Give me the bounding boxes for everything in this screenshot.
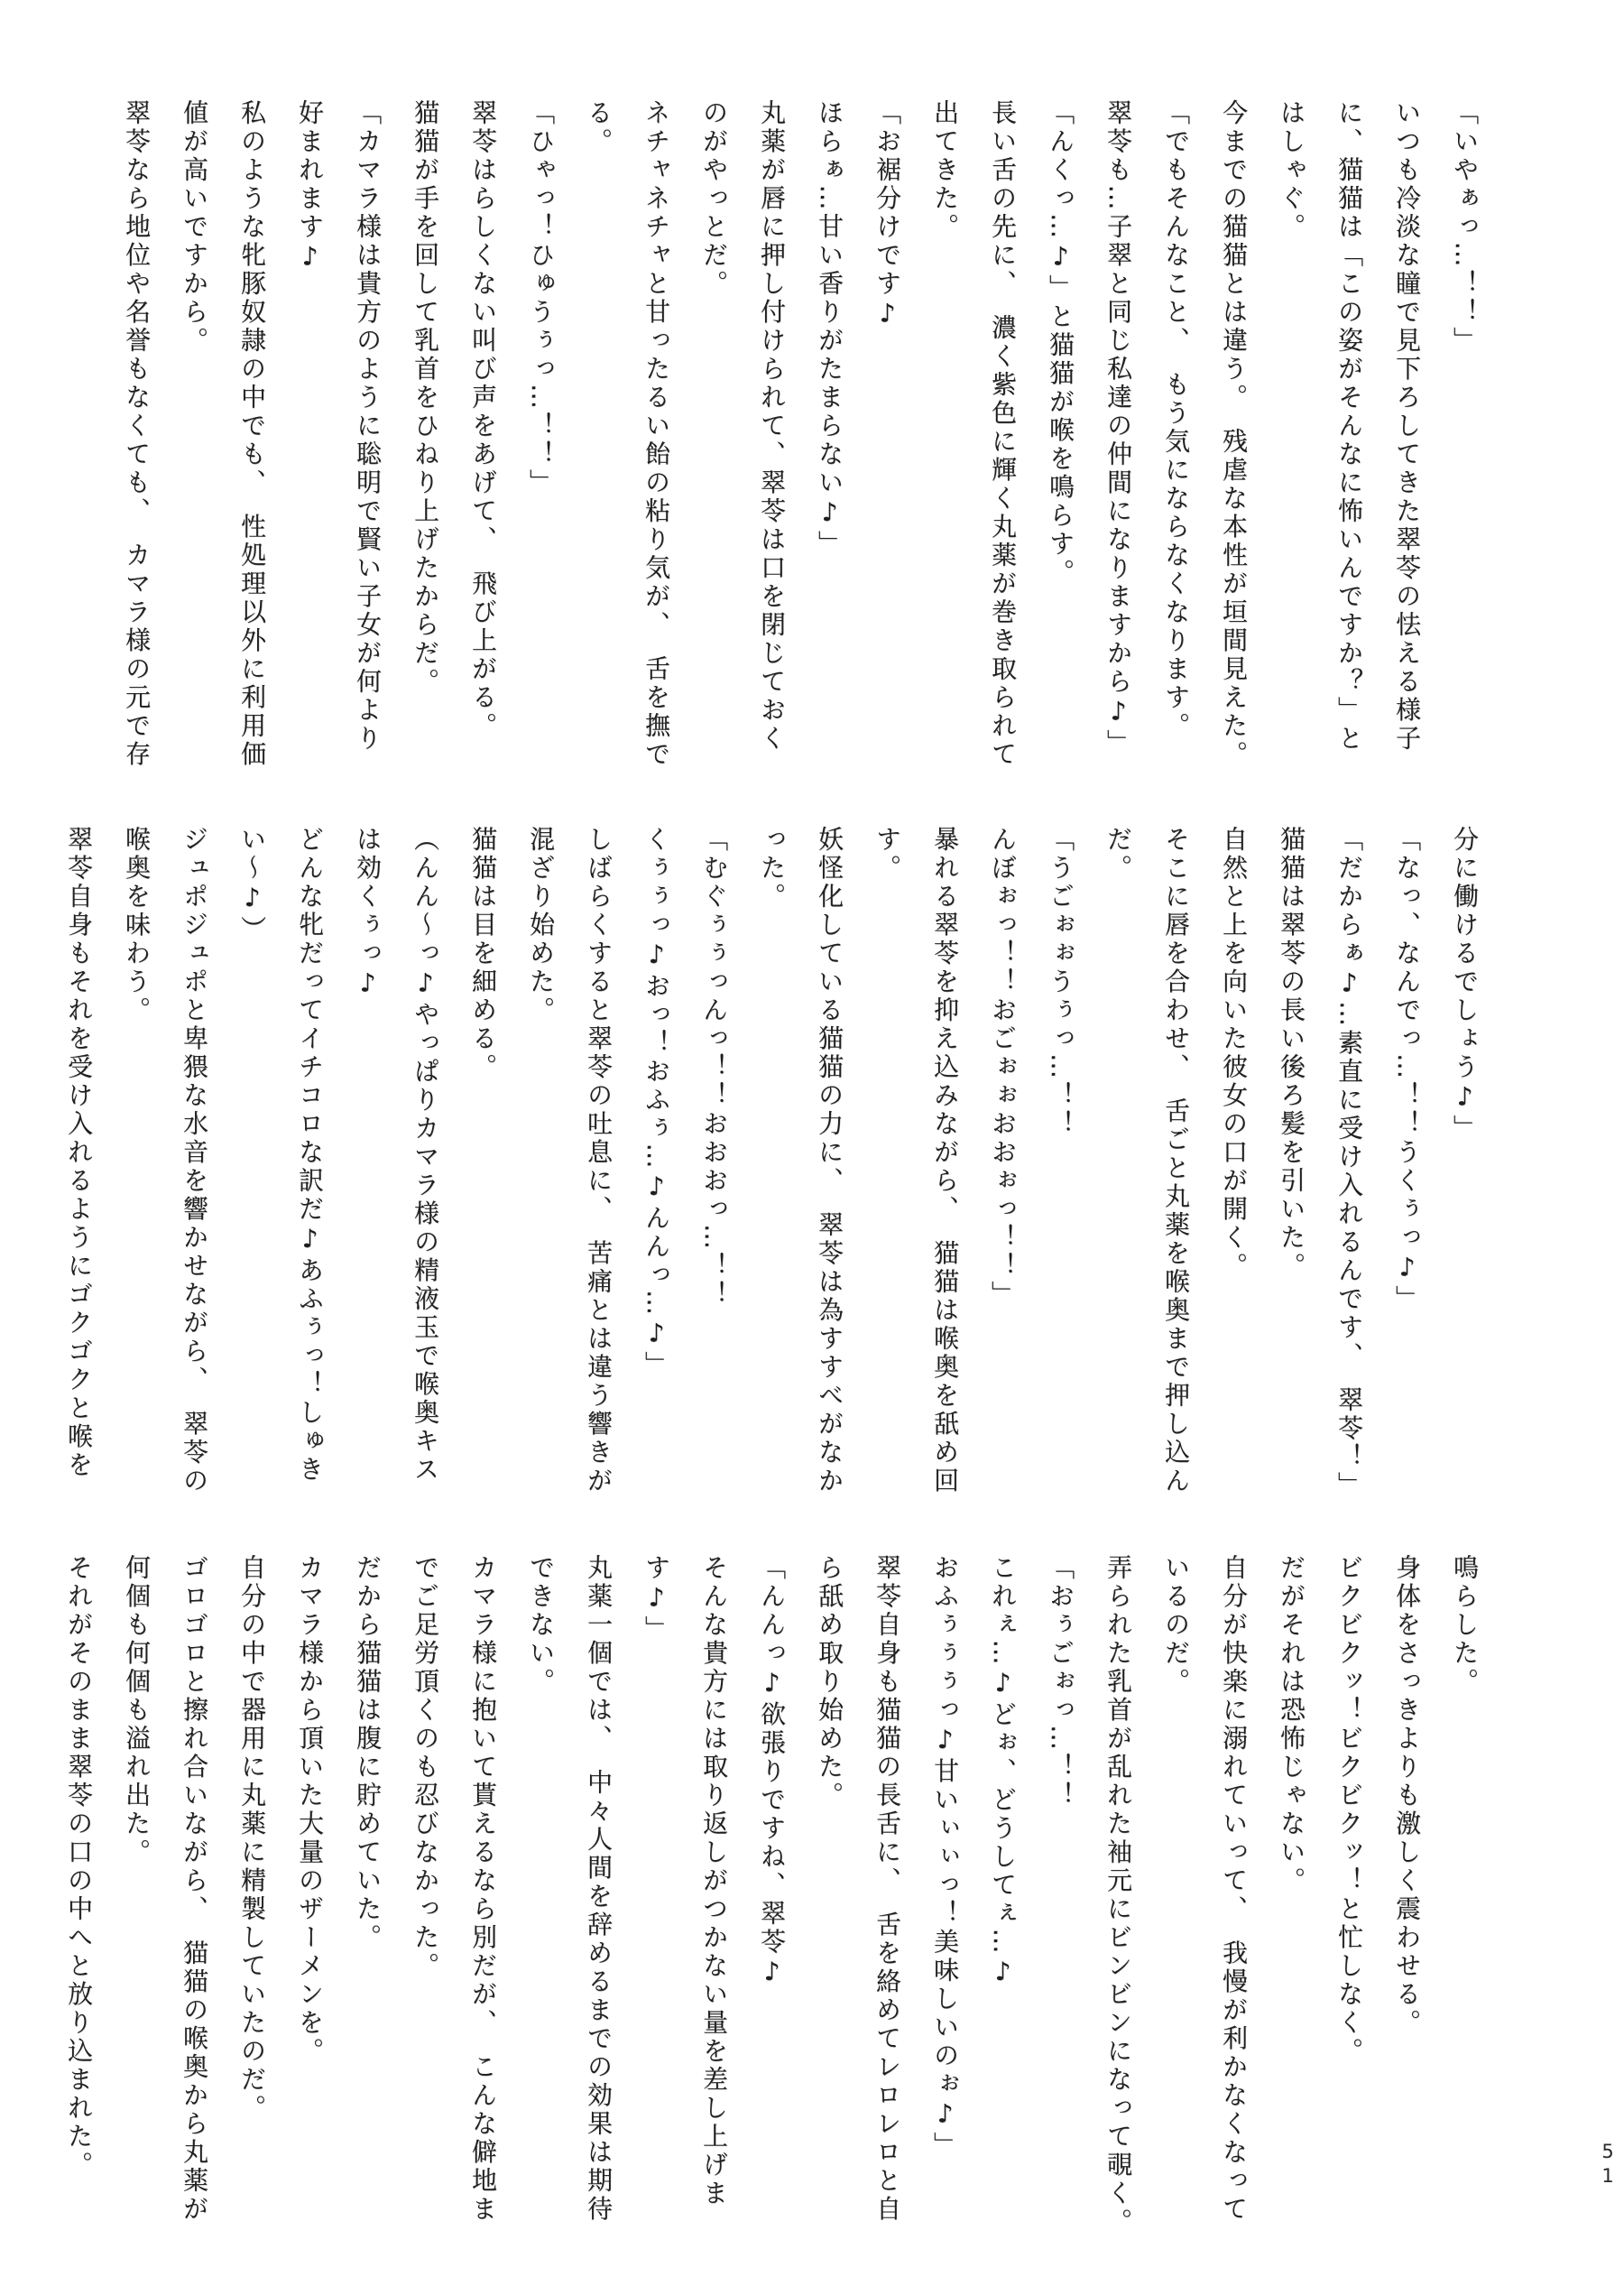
text-column: 猫猫が手を回して乳首をひねり上げたからだ。 <box>396 99 454 812</box>
text-column: 「うごぉぉうぅっ…！！ <box>1031 826 1089 1539</box>
text-column: 私のような牝豚奴隷の中でも、 性処理以外に利用価 <box>223 99 281 812</box>
text-column: できない。 <box>512 1554 569 2267</box>
text-column: は効くぅっ♪ <box>338 826 396 1539</box>
text-column: 今までの猫猫とは違う。 残虐な本性が垣間見えた。 <box>1204 99 1262 812</box>
text-column: 「カマラ様は貴方のように聡明で賢い子女が何より <box>338 99 396 812</box>
text-column: 妖怪化している猫猫の力に、 翠苓は為すすべがなか <box>800 826 858 1539</box>
text-column: だがそれは恐怖じゃない。 <box>1262 1554 1320 2267</box>
text-column: 自分が快楽に溺れていって、 我慢が利かなくなって <box>1204 1554 1262 2267</box>
text-column: 「むぐぅぅっんっ！！おおおっ…！！ <box>685 826 743 1539</box>
text-column: 「だからぁ♪…素直に受け入れるんです、 翠苓！」 <box>1320 826 1378 1539</box>
text-column: に、猫猫は「この姿がそんなに怖いんですか？」と <box>1320 99 1378 812</box>
text-column: 丸薬一個では、 中々人間を辞めるまでの効果は期待 <box>569 1554 627 2267</box>
text-column: 翠苓自身もそれを受け入れるようにゴクゴクと喉を <box>50 826 107 1539</box>
text-column: 猫猫は目を細める。 <box>454 826 512 1539</box>
text-column: ほらぁ…甘い香りがたまらない♪」 <box>800 99 858 812</box>
text-column: 喉奥を味わう。 <box>107 826 165 1539</box>
text-column: い〜♪） <box>223 826 281 1539</box>
text-column: 分に働けるでしょう♪」 <box>1435 826 1493 1539</box>
text-column: ネチャネチャと甘ったるい飴の粘り気が、 舌を撫で <box>627 99 685 812</box>
text-column: 「なっ、なんでっ…！！うくぅっ♪」 <box>1378 826 1435 1539</box>
text-column: 「お裾分けです♪ <box>858 99 916 812</box>
text-column: 好まれます♪ <box>281 99 338 812</box>
text-column: 「でもそんなこと、 もう気にならなくなります。 <box>1147 99 1204 812</box>
text-column: ビクビクッ！ビクビクッ！と忙しなく。 <box>1320 1554 1378 2267</box>
text-column: す♪」 <box>627 1554 685 2267</box>
text-column: そんな貴方には取り返しがつかない量を差し上げま <box>685 1554 743 2267</box>
text-column: 出てきた。 <box>916 99 973 812</box>
text-column: んぼぉっ！！おごぉぉおおぉっ！！」 <box>973 826 1031 1539</box>
text-column: （んん〜っ♪やっぱりカマラ様の精液玉で喉奥キス <box>396 826 454 1539</box>
text-column: 値が高いですから。 <box>165 99 223 812</box>
text-column: 「ひゃっ！ひゅうぅっ…！！」 <box>512 99 569 812</box>
text-column: 自分の中で器用に丸薬に精製していたのだ。 <box>223 1554 281 2267</box>
text-column: いつも冷淡な瞳で見下ろしてきた翠苓の怯える様子 <box>1378 99 1435 812</box>
text-column: った。 <box>743 826 800 1539</box>
text-band-bottom: 鳴らした。身体をさっきよりも激しく震わせる。ビクビクッ！ビクビクッ！と忙しなく。… <box>50 1554 1493 2267</box>
text-column: 暴れる翠苓を抑え込みながら、 猫猫は喉奥を舐め回 <box>916 826 973 1539</box>
text-column: る。 <box>569 99 627 812</box>
text-column: ら舐め取り始めた。 <box>800 1554 858 2267</box>
text-band-middle: 分に働けるでしょう♪」「なっ、なんでっ…！！うくぅっ♪」「だからぁ♪…素直に受け… <box>50 826 1493 1539</box>
text-column: 「んくっ…♪」と猫猫が喉を鳴らす。 <box>1031 99 1089 812</box>
text-band-top: 「いやぁっ…！！」いつも冷淡な瞳で見下ろしてきた翠苓の怯える様子に、猫猫は「この… <box>107 99 1493 812</box>
text-column: はしゃぐ。 <box>1262 99 1320 812</box>
text-column: しばらくすると翠苓の吐息に、 苦痛とは違う響きが <box>569 826 627 1539</box>
text-column: 翠苓も…子翠と同じ私達の仲間になりますから♪」 <box>1089 99 1147 812</box>
text-column: おふぅぅぅっ♪甘いぃぃっ！美味しいのぉ♪」 <box>916 1554 973 2267</box>
text-column: 丸薬が唇に押し付けられて、翠苓は口を閉じておく <box>743 99 800 812</box>
novel-page: 「いやぁっ…！！」いつも冷淡な瞳で見下ろしてきた翠苓の怯える様子に、猫猫は「この… <box>0 0 1624 2295</box>
text-column: 翠苓自身も猫猫の長舌に、 舌を絡めてレロレロと自 <box>858 1554 916 2267</box>
text-column: くぅぅっ♪おっ！おふぅ…♪んんっ…♪」 <box>627 826 685 1539</box>
text-column: いるのだ。 <box>1147 1554 1204 2267</box>
text-column: 弄られた乳首が乱れた袖元にビンビンになって覗く。 <box>1089 1554 1147 2267</box>
text-column: ゴロゴロと擦れ合いながら、 猫猫の喉奥から丸薬が <box>165 1554 223 2267</box>
text-column: 猫猫は翠苓の長い後ろ髪を引いた。 <box>1262 826 1320 1539</box>
text-column: ジュポジュポと卑猥な水音を響かせながら、 翠苓の <box>165 826 223 1539</box>
text-column: 混ざり始めた。 <box>512 826 569 1539</box>
text-column: 翠苓なら地位や名誉もなくても、 カマラ様の元で存 <box>107 99 165 812</box>
text-column: 翠苓はらしくない叫び声をあげて、 飛び上がる。 <box>454 99 512 812</box>
text-column: 鳴らした。 <box>1435 1554 1493 2267</box>
text-column: そこに唇を合わせ、 舌ごと丸薬を喉奥まで押し込ん <box>1147 826 1204 1539</box>
text-column: す。 <box>858 826 916 1539</box>
text-column: 長い舌の先に、 濃く紫色に輝く丸薬が巻き取られて <box>973 99 1031 812</box>
text-column: 身体をさっきよりも激しく震わせる。 <box>1378 1554 1435 2267</box>
text-column: 自然と上を向いた彼女の口が開く。 <box>1204 826 1262 1539</box>
text-column: でご足労頂くのも忍びなかった。 <box>396 1554 454 2267</box>
text-column: だ。 <box>1089 826 1147 1539</box>
text-column: 「いやぁっ…！！」 <box>1435 99 1493 812</box>
text-column: 「んんっ♪欲張りですね、翠苓♪ <box>743 1554 800 2267</box>
text-column: これぇ…♪どぉ、どうしてぇ…♪ <box>973 1554 1031 2267</box>
text-column: のがやっとだ。 <box>685 99 743 812</box>
text-column: どんな牝だってイチコロな訳だ♪あふぅっ！しゅき <box>281 826 338 1539</box>
text-column: カマラ様に抱いて貰えるなら別だが、 こんな僻地ま <box>454 1554 512 2267</box>
text-column: だから猫猫は腹に貯めていた。 <box>338 1554 396 2267</box>
text-column: それがそのまま翠苓の口の中へと放り込まれた。 <box>50 1554 107 2267</box>
text-column: カマラ様から頂いた大量のザーメンを。 <box>281 1554 338 2267</box>
text-column: 「おぅごぉっ…！！ <box>1031 1554 1089 2267</box>
page-number: 51 <box>1597 2141 1619 2189</box>
text-column: 何個も何個も溢れ出た。 <box>107 1554 165 2267</box>
